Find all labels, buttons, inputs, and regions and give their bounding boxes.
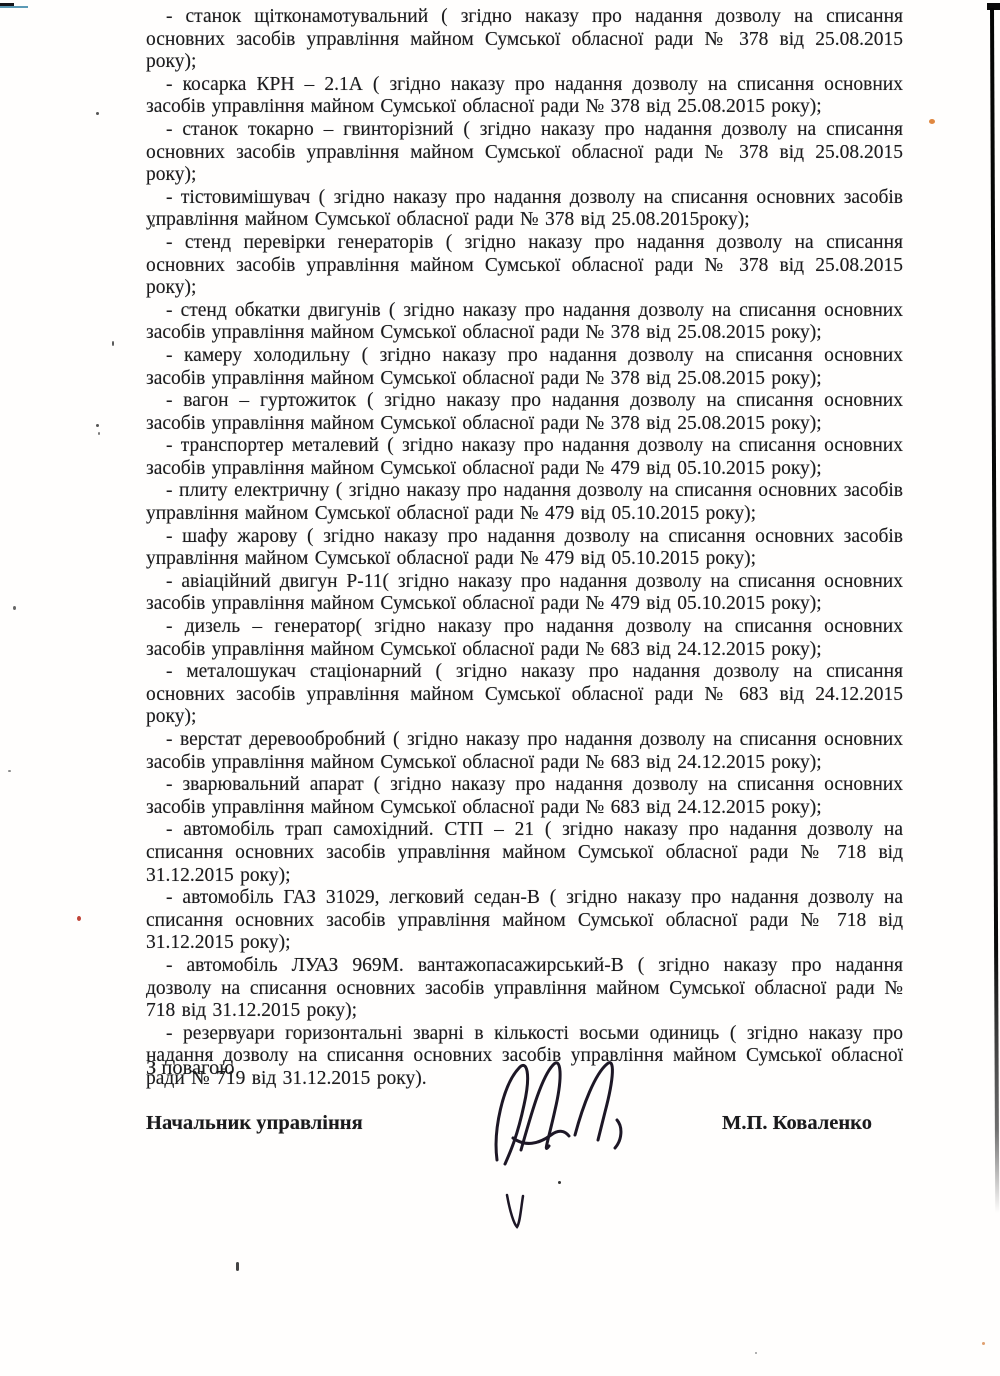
- paper-speck: [98, 432, 100, 435]
- document-list-item: - металошукач стаціонарний ( згідно нака…: [146, 661, 903, 729]
- signer-position: Начальник управління: [146, 1112, 363, 1135]
- document-list-item: - дизель – генератор( згідно наказу про …: [146, 616, 903, 661]
- document-list-item: - тістовимішувач ( згідно наказу про над…: [146, 187, 903, 232]
- scanned-document-page: - станок щітконамотувальний ( згідно нак…: [0, 0, 1000, 1376]
- paper-speck: [8, 770, 11, 772]
- paper-speck: [112, 341, 114, 346]
- document-list-item: - верстат деревообробний ( згідно наказу…: [146, 729, 903, 774]
- document-list-item: - стенд обкатки двигунів ( згідно наказу…: [146, 300, 903, 345]
- paper-speck-red: [77, 916, 81, 921]
- signer-name: М.П. Коваленко: [722, 1112, 872, 1135]
- document-body: - станок щітконамотувальний ( згідно нак…: [146, 6, 903, 1091]
- document-list-item: - автомобіль трап самохідний. СТП – 21 (…: [146, 819, 903, 887]
- scan-edge-line-artifact: [990, 8, 999, 1213]
- paper-speck: [96, 112, 99, 115]
- paper-speck: [236, 1262, 239, 1271]
- document-list-item: - шафу жарову ( згідно наказу про наданн…: [146, 526, 903, 571]
- document-list-item: - автомобіль ГАЗ 31029, легковий седан-В…: [146, 887, 903, 955]
- document-list-item: - вагон – гуртожиток ( згідно наказу про…: [146, 390, 903, 435]
- paper-speck: [96, 424, 99, 427]
- paper-speck: [13, 606, 16, 610]
- document-list-item: - зварювальний апарат ( згідно наказу пр…: [146, 774, 903, 819]
- document-list-item: - авіаційний двигун Р-11( згідно наказу …: [146, 571, 903, 616]
- paper-speck: [558, 1181, 561, 1184]
- document-list-item: - стенд перевірки генераторів ( згідно н…: [146, 232, 903, 300]
- document-list-item: - плиту електричну ( згідно наказу про н…: [146, 480, 903, 525]
- document-list-item: - автомобіль ЛУАЗ 969М. вантажопасажирсь…: [146, 955, 903, 1023]
- handwritten-signature: [475, 1050, 645, 1250]
- scan-corner-blue-artifact: [0, 6, 28, 8]
- paper-speck-orange: [929, 119, 935, 124]
- document-list-item: - косарка КРН – 2.1А ( згідно наказу про…: [146, 74, 903, 119]
- closing-regards: З повагою: [146, 1057, 235, 1080]
- document-list-item: - станок токарно – гвинторізний ( згідно…: [146, 119, 903, 187]
- document-list-item: - станок щітконамотувальний ( згідно нак…: [146, 6, 903, 74]
- document-list-item: - камеру холодильну ( згідно наказу про …: [146, 345, 903, 390]
- paper-speck: [152, 224, 155, 227]
- paper-speck-orange: [982, 1342, 985, 1345]
- paper-speck: [755, 1352, 757, 1354]
- document-list-item: - транспортер металевий ( згідно наказу …: [146, 435, 903, 480]
